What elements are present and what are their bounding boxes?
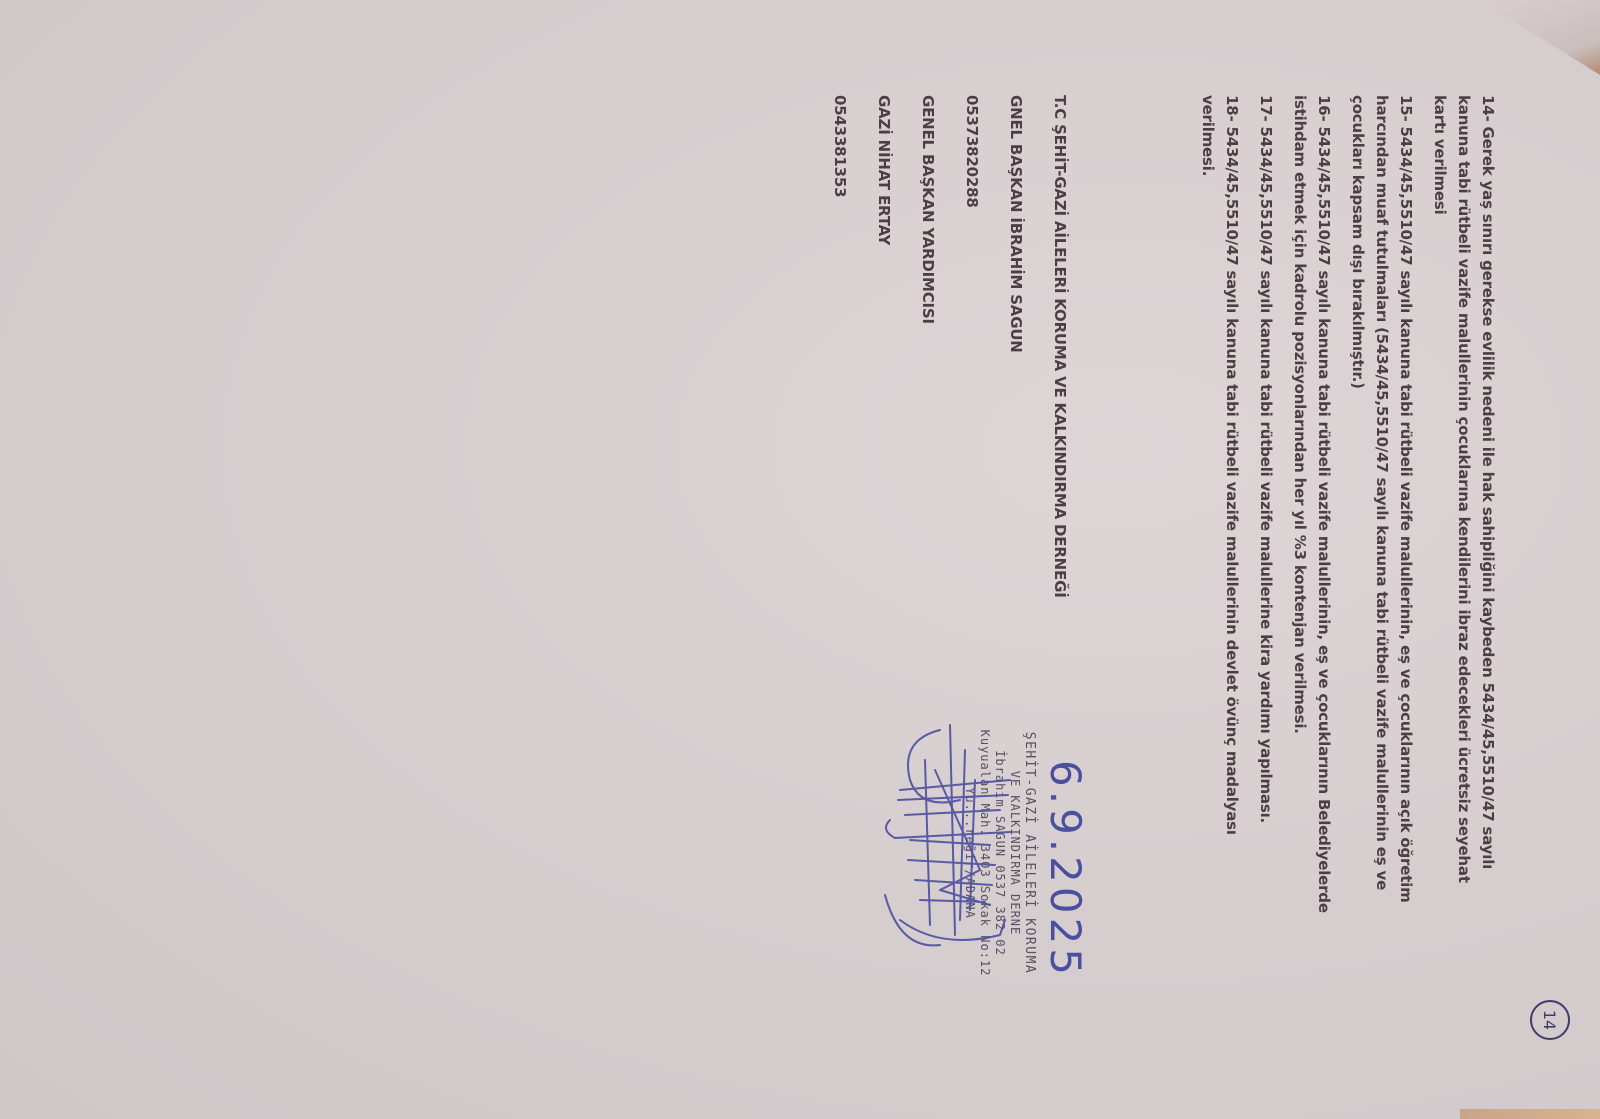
item-number: 17- <box>1257 95 1275 122</box>
item-line: Gerek yaş sınırı gerekse evlilik nedeni … <box>1479 127 1497 870</box>
background-desk-edge <box>1460 1109 1600 1119</box>
list-item-15: 15- 5434/45,5510/47 sayılı kanuna tabi r… <box>1346 95 1418 1095</box>
vice-president-phone: 0543381353 <box>828 95 852 1095</box>
page-number-circle: 14 <box>1530 1000 1570 1040</box>
item-number: 14- <box>1479 95 1497 122</box>
stamp-line: ŞEHİT-GAZİ AİLELERİ KORUMA <box>1022 713 1037 993</box>
background-desk <box>1480 0 1600 75</box>
item-line: kanuna tabi rütbeli vazife malullerinin … <box>1452 95 1476 1095</box>
signature-scribble <box>880 720 1020 950</box>
item-number: 16- <box>1315 95 1333 122</box>
item-line: çocukları kapsam dışı bırakılmıştır.) <box>1346 95 1370 1095</box>
item-line: verilmesi. <box>1196 95 1220 1095</box>
list-item-14: 14- Gerek yaş sınırı gerekse evlilik ned… <box>1428 95 1500 1095</box>
list-item-16: 16- 5434/45,5510/47 sayılı kanuna tabi r… <box>1288 95 1336 1095</box>
item-line: harcından muaf tutulmaları (5434/45,5510… <box>1370 95 1394 1095</box>
item-line: 5434/45,5510/47 sayılı kanuna tabi rütbe… <box>1257 127 1275 823</box>
item-line: istihdam etmek için kadrolu pozisyonları… <box>1288 95 1312 1095</box>
item-line: 5434/45,5510/47 sayılı kanuna tabi rütbe… <box>1315 127 1333 913</box>
item-line: kartı verilmesi <box>1428 95 1452 1095</box>
item-number: 15- <box>1397 95 1415 122</box>
item-line: 5434/45,5510/47 sayılı kanuna tabi rütbe… <box>1223 127 1241 835</box>
list-item-18: 18- 5434/45,5510/47 sayılı kanuna tabi r… <box>1196 95 1244 1095</box>
item-number: 18- <box>1223 95 1241 122</box>
document-photo: 14- Gerek yaş sınırı gerekse evlilik ned… <box>0 0 1600 1119</box>
item-line: 5434/45,5510/47 sayılı kanuna tabi rütbe… <box>1397 127 1415 903</box>
list-item-17: 17- 5434/45,5510/47 sayılı kanuna tabi r… <box>1254 95 1278 1095</box>
handwritten-date: 6.9.2025 <box>1041 760 1090 979</box>
